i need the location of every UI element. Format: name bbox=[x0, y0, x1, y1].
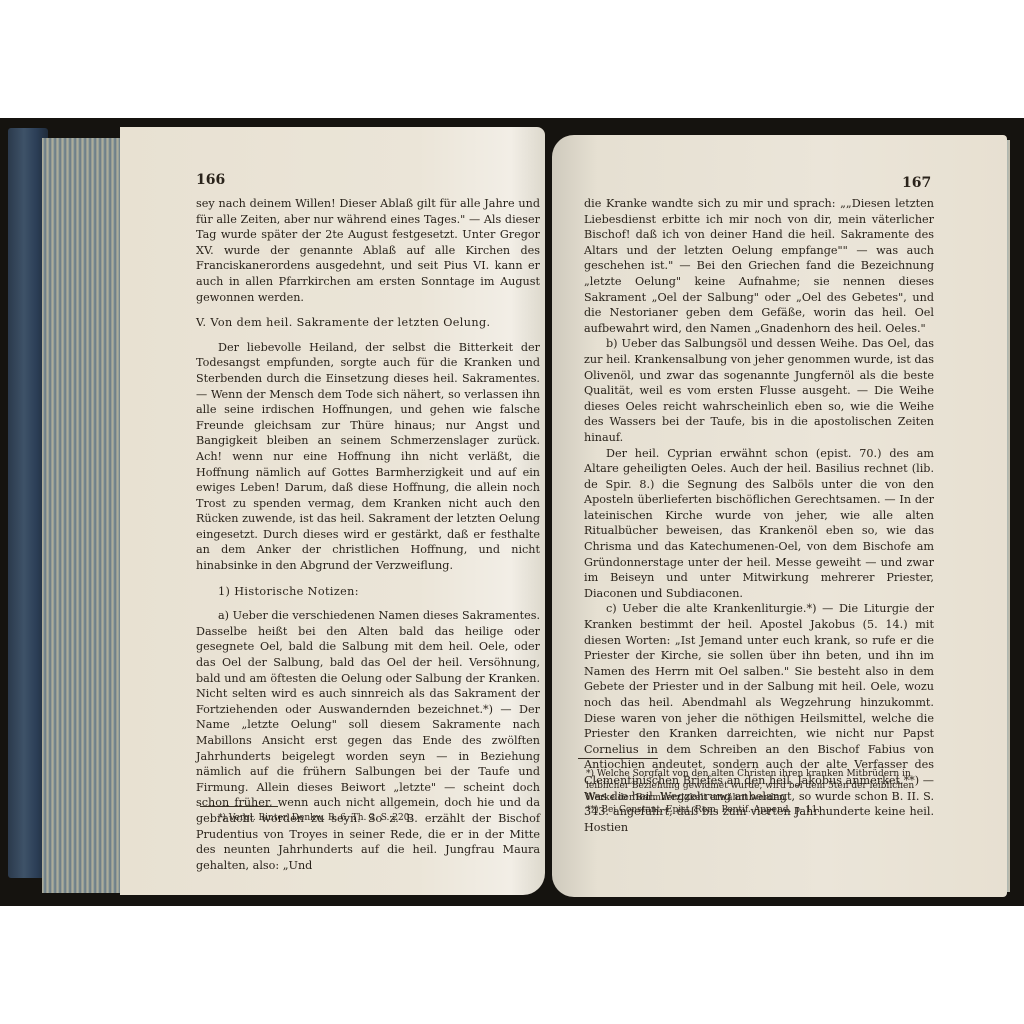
paragraph: die Kranke wandte sich zu mir und sprach… bbox=[584, 196, 934, 336]
left-page-text: sey nach deinem Willen! Dieser Ablaß gil… bbox=[196, 196, 540, 873]
paragraph: sey nach deinem Willen! Dieser Ablaß gil… bbox=[196, 196, 540, 305]
paragraph: b) Ueber das Salbungsöl und dessen Weihe… bbox=[584, 336, 934, 445]
page-block-edge bbox=[42, 138, 122, 893]
footnote: *) Vergl. Binter. Denkw. B. 6. Th. 3. S.… bbox=[218, 812, 538, 824]
paragraph: Der heil. Cyprian erwähnt schon (epist. … bbox=[584, 446, 934, 602]
paragraph: Der liebevolle Heiland, der selbst die B… bbox=[196, 340, 540, 574]
footnote: **) Bei Constant. Epist. Rom. Pontif. Ap… bbox=[586, 804, 932, 816]
left-footnotes: *) Vergl. Binter. Denkw. B. 6. Th. 3. S.… bbox=[218, 812, 538, 824]
footnote: *) Welche Sorgfalt von den alten Christe… bbox=[586, 768, 932, 804]
page-number-right: 167 bbox=[902, 175, 931, 191]
page-number-left: 166 bbox=[196, 172, 225, 188]
footnote-divider bbox=[200, 806, 278, 807]
paragraph: a) Ueber die verschiedenen Namen dieses … bbox=[196, 608, 540, 873]
subsection-heading: 1) Historische Notizen: bbox=[196, 584, 540, 600]
right-footnotes: *) Welche Sorgfalt von den alten Christe… bbox=[586, 768, 932, 816]
section-heading: V. Von dem heil. Sakramente der letzten … bbox=[196, 315, 540, 331]
right-page-text: die Kranke wandte sich zu mir und sprach… bbox=[584, 196, 934, 835]
footnote-divider bbox=[578, 758, 658, 759]
